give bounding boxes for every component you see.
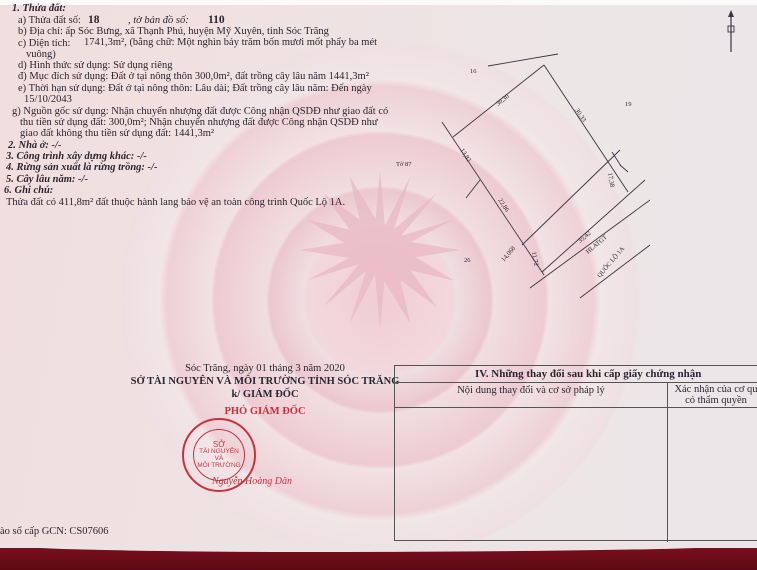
place-date: Sóc Trăng, ngày 01 tháng 3 năm 2020 — [130, 362, 400, 375]
signer-name: Nguyễn Hoàng Dân — [212, 476, 292, 488]
map-sheet-number: 110 — [208, 14, 225, 26]
changes-table: IV. Những thay đổi sau khi cấp giấy chứn… — [394, 365, 757, 541]
certificate-cover-edge — [0, 548, 757, 570]
stamp-line-1: SỞ — [213, 441, 225, 448]
use-purpose: đ) Mục đích sử dụng: Đất ở tại nông thôn… — [18, 71, 369, 83]
map-edge-bottom: 35,42 — [577, 230, 593, 245]
map-neighbor-16: 16 — [470, 68, 477, 75]
map-edge-left-upper: 13,82 — [458, 147, 472, 163]
section4-forest: 4. Rừng sản xuất là rừng trồng: -/- — [6, 162, 157, 174]
map-edge-corridor-left: 11,72 — [530, 251, 539, 266]
map-edge-corridor-right: 17,38 — [606, 172, 615, 188]
stamp-line-3: MÔI TRƯỜNG — [197, 462, 241, 469]
director-title: k/ GIÁM ĐỐC — [130, 388, 400, 401]
section6-note: Thửa đất có 411,8m² đất thuộc hành lang … — [6, 197, 345, 209]
section1-heading: 1. Thửa đất: — [12, 3, 66, 15]
changes-col-confirmation: Xác nhận của cơ qu có thẩm quyền — [668, 383, 757, 407]
origin-line-3: giao đất không thu tiền sử dụng đất: 144… — [20, 128, 214, 140]
use-term-cont: 15/10/2043 — [24, 94, 72, 106]
deputy-director-title: PHÓ GIÁM ĐỐC — [130, 405, 400, 418]
changes-col-confirmation-l1: Xác nhận của cơ qu — [668, 384, 757, 395]
map-edge-top: 30,30 — [495, 93, 511, 108]
section6-heading: 6. Ghi chú: — [4, 185, 53, 197]
area-value: 1741,3m², (bằng chữ: Một nghìn bảy trăm … — [84, 37, 377, 49]
map-neighbor-26: 26 — [464, 257, 471, 264]
map-neighbor-sheet: Tờ 87 — [396, 161, 412, 168]
signature-block: Sóc Trăng, ngày 01 tháng 3 năm 2020 SỞ T… — [130, 362, 400, 418]
map-edge-right: 30,33 — [573, 107, 587, 123]
north-arrow-icon — [725, 10, 737, 54]
certificate-page: 1. Thửa đất: a) Thửa đất số: 18 , tờ bản… — [0, 0, 757, 550]
parcel-number: 18 — [88, 14, 100, 26]
map-corner-label: 14,068 — [500, 245, 517, 263]
issuing-agency: SỞ TÀI NGUYÊN VÀ MÔI TRƯỜNG TỈNH SÓC TRĂ… — [130, 375, 400, 388]
changes-content-cell — [395, 408, 668, 542]
changes-table-title: IV. Những thay đổi sau khi cấp giấy chứn… — [395, 366, 757, 383]
stamp-line-2: TÀI NGUYÊN VÀ — [194, 448, 244, 462]
map-edge-left-lower: 22,86 — [496, 197, 510, 214]
gcn-registry-number: ào sổ cấp GCN: CS07606 — [0, 526, 109, 538]
changes-col-content: Nội dung thay đổi và cơ sở pháp lý — [395, 383, 668, 407]
map-neighbor-19: 19 — [625, 101, 632, 108]
page-edge — [0, 0, 757, 5]
parcel-map: 16 19 26 Tờ 87 30,30 30,33 13,82 22,86 1… — [380, 40, 650, 300]
changes-col-confirmation-l2: có thẩm quyền — [668, 395, 757, 406]
